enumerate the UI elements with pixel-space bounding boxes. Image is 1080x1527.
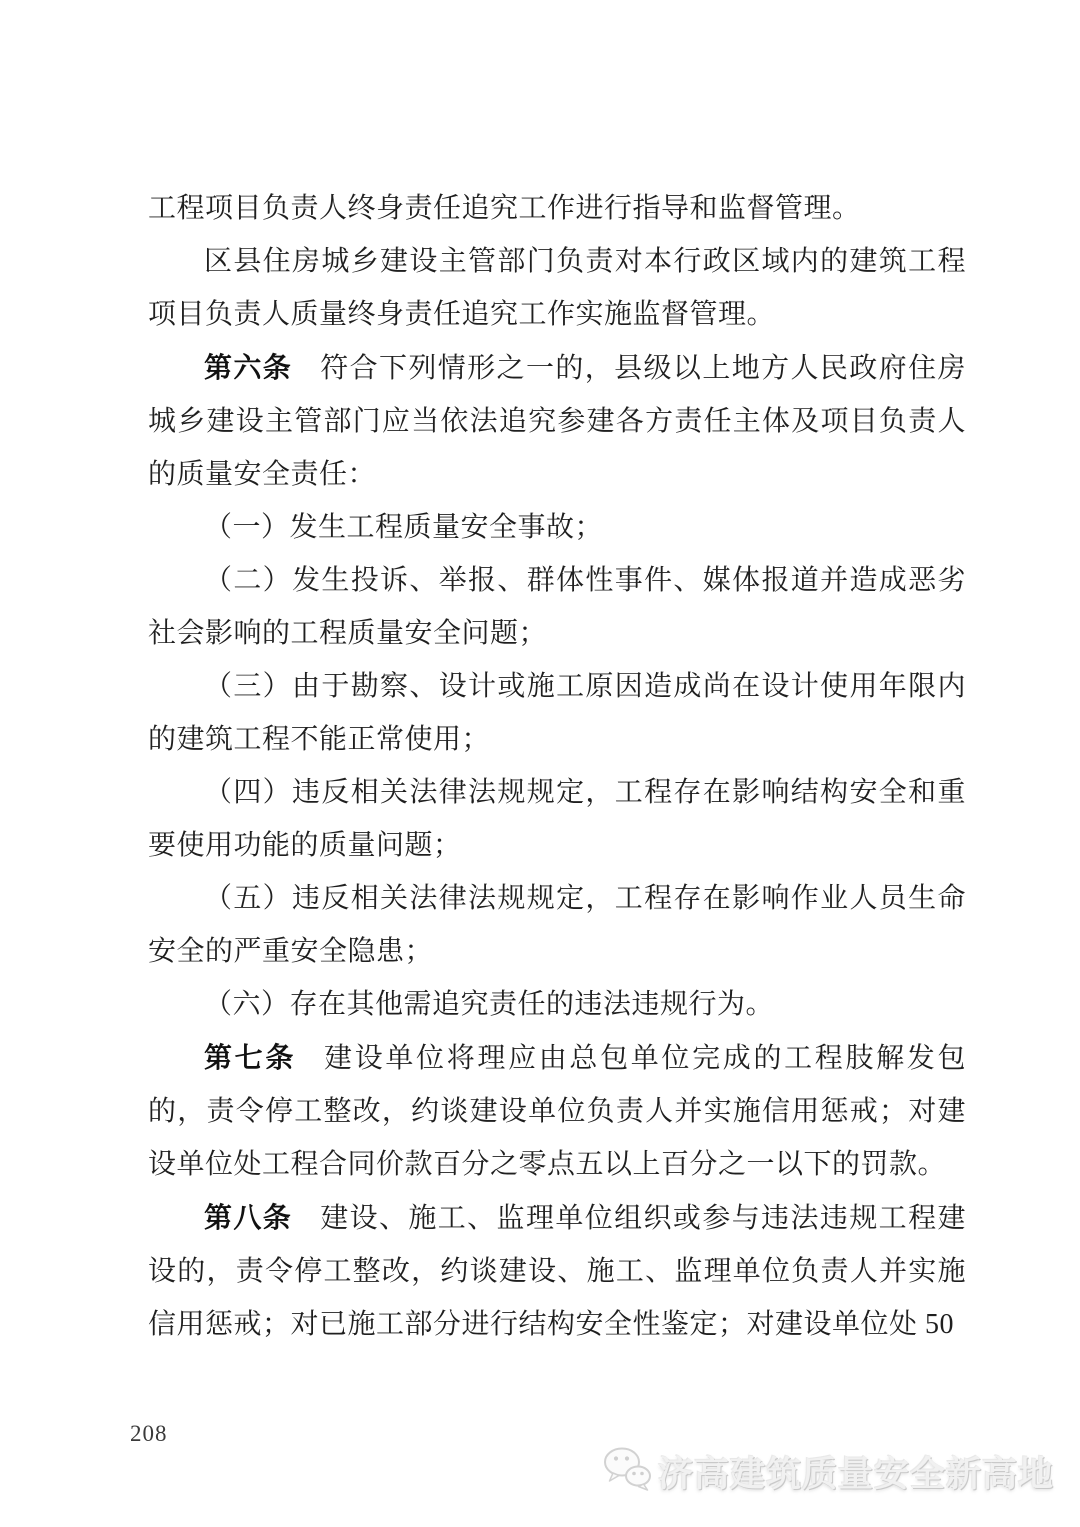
paragraph-text: （三）由于勘察、设计或施工原因造成尚在设计使用年限内的建筑工程不能正常使用； — [148, 671, 966, 755]
paragraph-text: （六）存在其他需追究责任的违法违规行为。 — [204, 989, 774, 1020]
watermark: 济高建筑质量安全新高地 — [602, 1446, 1054, 1497]
paragraph-text: 工程项目负责人终身责任追究工作进行指导和监督管理。 — [148, 193, 861, 224]
paragraph: （六）存在其他需追究责任的违法违规行为。 — [148, 978, 966, 1031]
page-number: 208 — [130, 1421, 168, 1447]
paragraph: 工程项目负责人终身责任追究工作进行指导和监督管理。 — [148, 182, 966, 235]
document-body: 工程项目负责人终身责任追究工作进行指导和监督管理。 区县住房城乡建设主管部门负责… — [148, 182, 966, 1351]
paragraph: （五）违反相关法律法规规定，工程存在影响作业人员生命安全的严重安全隐患； — [148, 872, 966, 978]
article-number-label: 第七条 — [204, 1042, 296, 1073]
paragraph: （四）违反相关法律法规规定，工程存在影响结构安全和重要使用功能的质量问题； — [148, 766, 966, 872]
paragraph: （二）发生投诉、举报、群体性事件、媒体报道并造成恶劣社会影响的工程质量安全问题； — [148, 554, 966, 660]
article-number-label: 第六条 — [204, 352, 292, 383]
paragraph: 第八条建设、施工、监理单位组织或参与违法违规工程建设的，责令停工整改，约谈建设、… — [148, 1191, 966, 1351]
paragraph-text: （二）发生投诉、举报、群体性事件、媒体报道并造成恶劣社会影响的工程质量安全问题； — [148, 565, 966, 649]
article-number-label: 第八条 — [204, 1202, 292, 1233]
paragraph: 区县住房城乡建设主管部门负责对本行政区域内的建筑工程项目负责人质量终身责任追究工… — [148, 235, 966, 341]
paragraph: （一）发生工程质量安全事故； — [148, 501, 966, 554]
paragraph-text: （一）发生工程质量安全事故； — [204, 512, 603, 543]
paragraph: （三）由于勘察、设计或施工原因造成尚在设计使用年限内的建筑工程不能正常使用； — [148, 660, 966, 766]
paragraph-text: （五）违反相关法律法规规定，工程存在影响作业人员生命安全的严重安全隐患； — [148, 883, 966, 967]
document-page: 工程项目负责人终身责任追究工作进行指导和监督管理。 区县住房城乡建设主管部门负责… — [0, 0, 1080, 1527]
wechat-icon — [602, 1446, 652, 1497]
watermark-text: 济高建筑质量安全新高地 — [658, 1447, 1054, 1497]
paragraph-text: （四）违反相关法律法规规定，工程存在影响结构安全和重要使用功能的质量问题； — [148, 777, 966, 861]
paragraph: 第七条建设单位将理应由总包单位完成的工程肢解发包的，责令停工整改，约谈建设单位负… — [148, 1031, 966, 1191]
paragraph-text: 区县住房城乡建设主管部门负责对本行政区域内的建筑工程项目负责人质量终身责任追究工… — [148, 246, 966, 330]
paragraph: 第六条符合下列情形之一的，县级以上地方人民政府住房城乡建设主管部门应当依法追究参… — [148, 341, 966, 501]
